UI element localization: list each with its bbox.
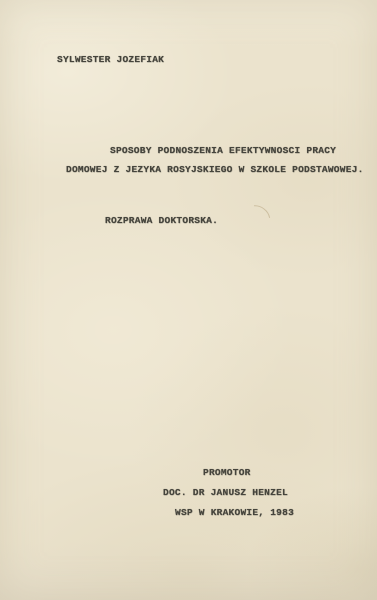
thesis-type-label: ROZPRAWA DOKTORSKA. bbox=[105, 215, 218, 226]
promoter-name: DOC. DR JANUSZ HENZEL bbox=[163, 487, 288, 498]
institution-year: WSP W KRAKOWIE, 1983 bbox=[175, 507, 294, 518]
dissertation-title-line-2: DOMOWEJ Z JEZYKA ROSYJSKIEGO W SZKOLE PO… bbox=[66, 164, 364, 175]
paper-scratch-mark bbox=[239, 200, 276, 236]
scanned-title-page: SYLWESTER JOZEFIAK SPOSOBY PODNOSZENIA E… bbox=[0, 0, 377, 600]
dissertation-title-line-1: SPOSOBY PODNOSZENIA EFEKTYWNOSCI PRACY bbox=[110, 145, 336, 156]
author-name: SYLWESTER JOZEFIAK bbox=[57, 54, 164, 65]
promoter-label: PROMOTOR bbox=[203, 467, 251, 478]
